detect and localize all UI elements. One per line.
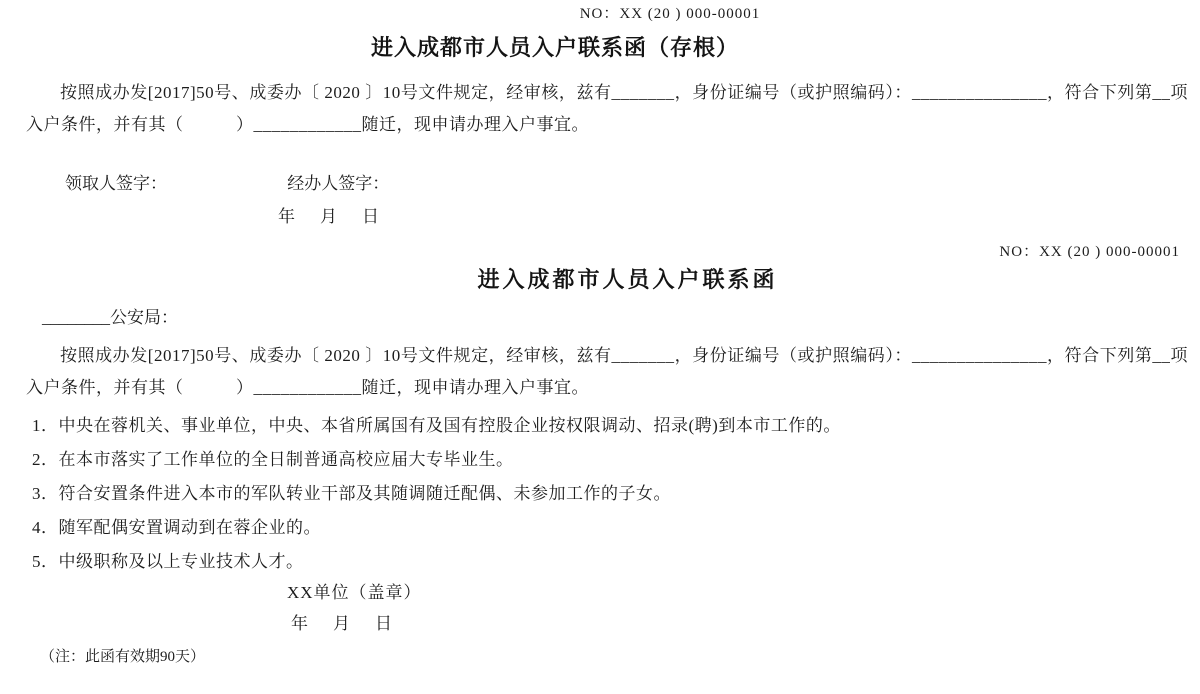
stub-body-paragraph: 按照成办发[2017]50号、成委办〔 2020 〕10号文件规定，经审核，兹有… — [26, 77, 1188, 141]
condition-item-3: 3．符合安置条件进入本市的军队转业干部及其随调随迁配偶、未参加工作的子女。 — [32, 477, 1188, 511]
stub-section: NO：XX (20 ) 000-00001 进入成都市人员入户联系函（存根） 按… — [0, 5, 1200, 228]
stub-serial-number: NO：XX (20 ) 000-00001 — [0, 5, 1200, 23]
signature-row: 领取人签字： 经办人签字： — [65, 173, 1200, 195]
receiver-signature-label: 领取人签字： — [65, 174, 167, 193]
letter-section: NO：XX (20 ) 000-00001 进入成都市人员入户联系函 _____… — [0, 243, 1200, 667]
conditions-list: 1．中央在蓉机关、事业单位，中央、本省所属国有及国有控股企业按权限调动、招录(聘… — [32, 409, 1188, 579]
letter-body-paragraph: 按照成办发[2017]50号、成委办〔 2020 〕10号文件规定，经审核，兹有… — [26, 340, 1188, 404]
condition-item-5: 5．中级职称及以上专业技术人才。 — [32, 545, 1188, 579]
handler-signature-label: 经办人签字： — [287, 174, 389, 193]
document-page: NO：XX (20 ) 000-00001 进入成都市人员入户联系函（存根） 按… — [0, 0, 1200, 694]
unit-seal-line: XX单位（盖章） — [287, 581, 1200, 605]
letter-serial-number: NO：XX (20 ) 000-00001 — [0, 243, 1200, 261]
condition-item-1: 1．中央在蓉机关、事业单位，中央、本省所属国有及国有控股企业按权限调动、招录(聘… — [32, 409, 1188, 443]
letter-date-line: 年 月 日 — [291, 613, 1200, 635]
letter-title: 进入成都市人员入户联系函 — [0, 267, 1200, 293]
stub-date-line: 年 月 日 — [278, 206, 1200, 228]
validity-note: （注：此函有效期90天） — [40, 647, 1200, 667]
condition-item-4: 4．随军配偶安置调动到在蓉企业的。 — [32, 511, 1188, 545]
stub-title: 进入成都市人员入户联系函（存根） — [0, 35, 1200, 61]
addressee-line: ________公安局： — [42, 306, 1200, 330]
condition-item-2: 2．在本市落实了工作单位的全日制普通高校应届大专毕业生。 — [32, 443, 1188, 477]
